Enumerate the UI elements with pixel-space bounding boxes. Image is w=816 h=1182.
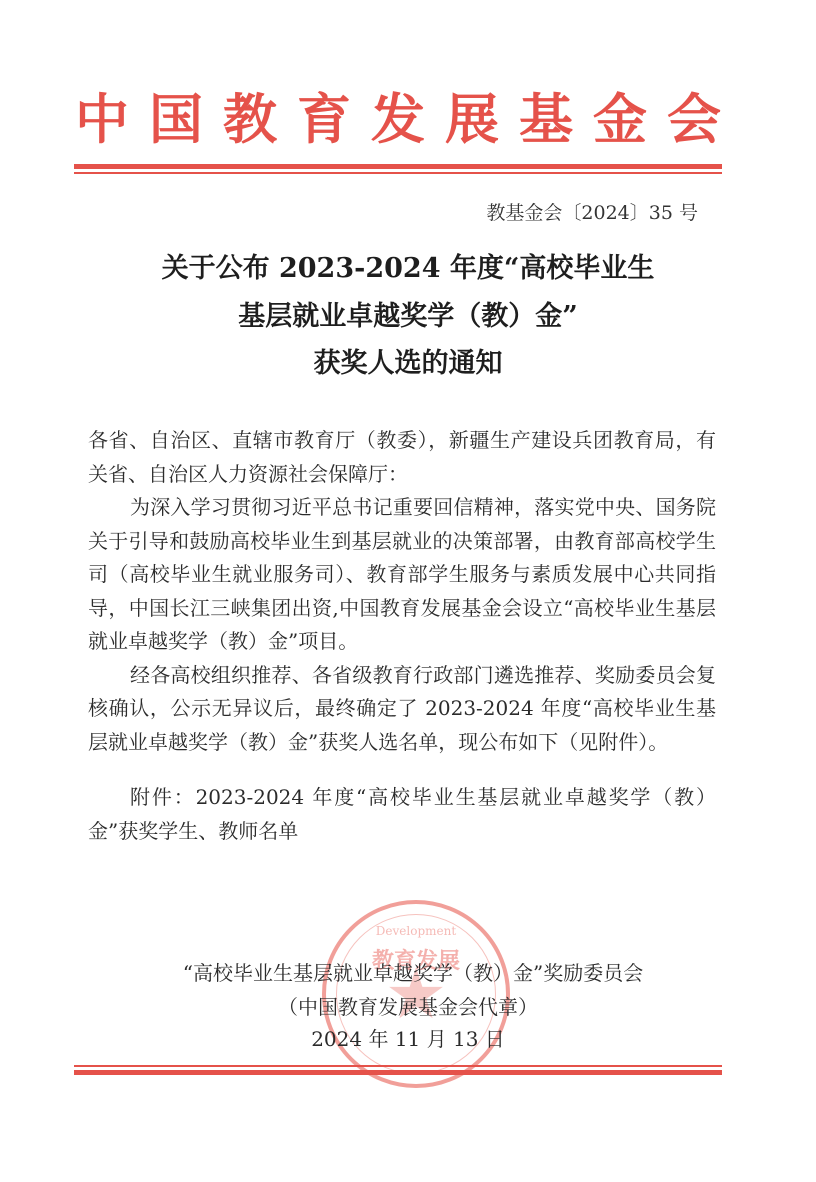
- bottom-divider-thin: [74, 1065, 722, 1067]
- masthead-char: 展: [444, 77, 500, 154]
- body-paragraph: 经各高校组织推荐、各省级教育行政部门遴选推荐、奖励委员会复核确认，公示无异议后，…: [88, 659, 716, 760]
- masthead-char: 中: [74, 77, 130, 154]
- masthead-char: 金: [592, 77, 648, 154]
- seal-english-text: Development: [326, 924, 506, 938]
- recipients: 各省、自治区、直辖市教育厅（教委），新疆生产建设兵团教育局，有关省、自治区人力资…: [88, 424, 716, 491]
- masthead-char: 教: [222, 77, 278, 154]
- top-divider-thick: [74, 164, 722, 169]
- masthead-char: 基: [518, 77, 574, 154]
- document-title-line-1: 关于公布 2023-2024 年度“高校毕业生: [0, 246, 816, 292]
- signature-seal-note: （中国教育发展基金会代章）: [0, 991, 816, 1024]
- document-number: 教基金会〔2024〕35 号: [486, 198, 698, 225]
- document-title-line-2: 基层就业卓越奖学（教）金”: [0, 294, 816, 340]
- masthead-char: 发: [370, 77, 426, 154]
- signature-committee: “高校毕业生基层就业卓越奖学（教）金”奖励委员会: [0, 957, 816, 990]
- masthead-char: 育: [296, 77, 352, 154]
- masthead-org-name: 中 国 教 育 发 展 基 金 会: [74, 80, 722, 150]
- top-divider-thin: [74, 172, 722, 174]
- body-paragraph: 为深入学习贯彻习近平总书记重要回信精神，落实党中央、国务院关于引导和鼓励高校毕业…: [88, 491, 716, 659]
- document-body: 各省、自治区、直辖市教育厅（教委），新疆生产建设兵团教育局，有关省、自治区人力资…: [88, 424, 716, 848]
- masthead-char: 会: [666, 77, 722, 154]
- document-title-line-3: 获奖人选的通知: [0, 341, 816, 387]
- attachment-note: 附件：2023-2024 年度“高校毕业生基层就业卓越奖学（教）金”获奖学生、教…: [88, 781, 716, 848]
- signature-date: 2024 年 11 月 13 日: [0, 1023, 816, 1056]
- bottom-divider-thick: [74, 1070, 722, 1075]
- masthead-char: 国: [148, 77, 204, 154]
